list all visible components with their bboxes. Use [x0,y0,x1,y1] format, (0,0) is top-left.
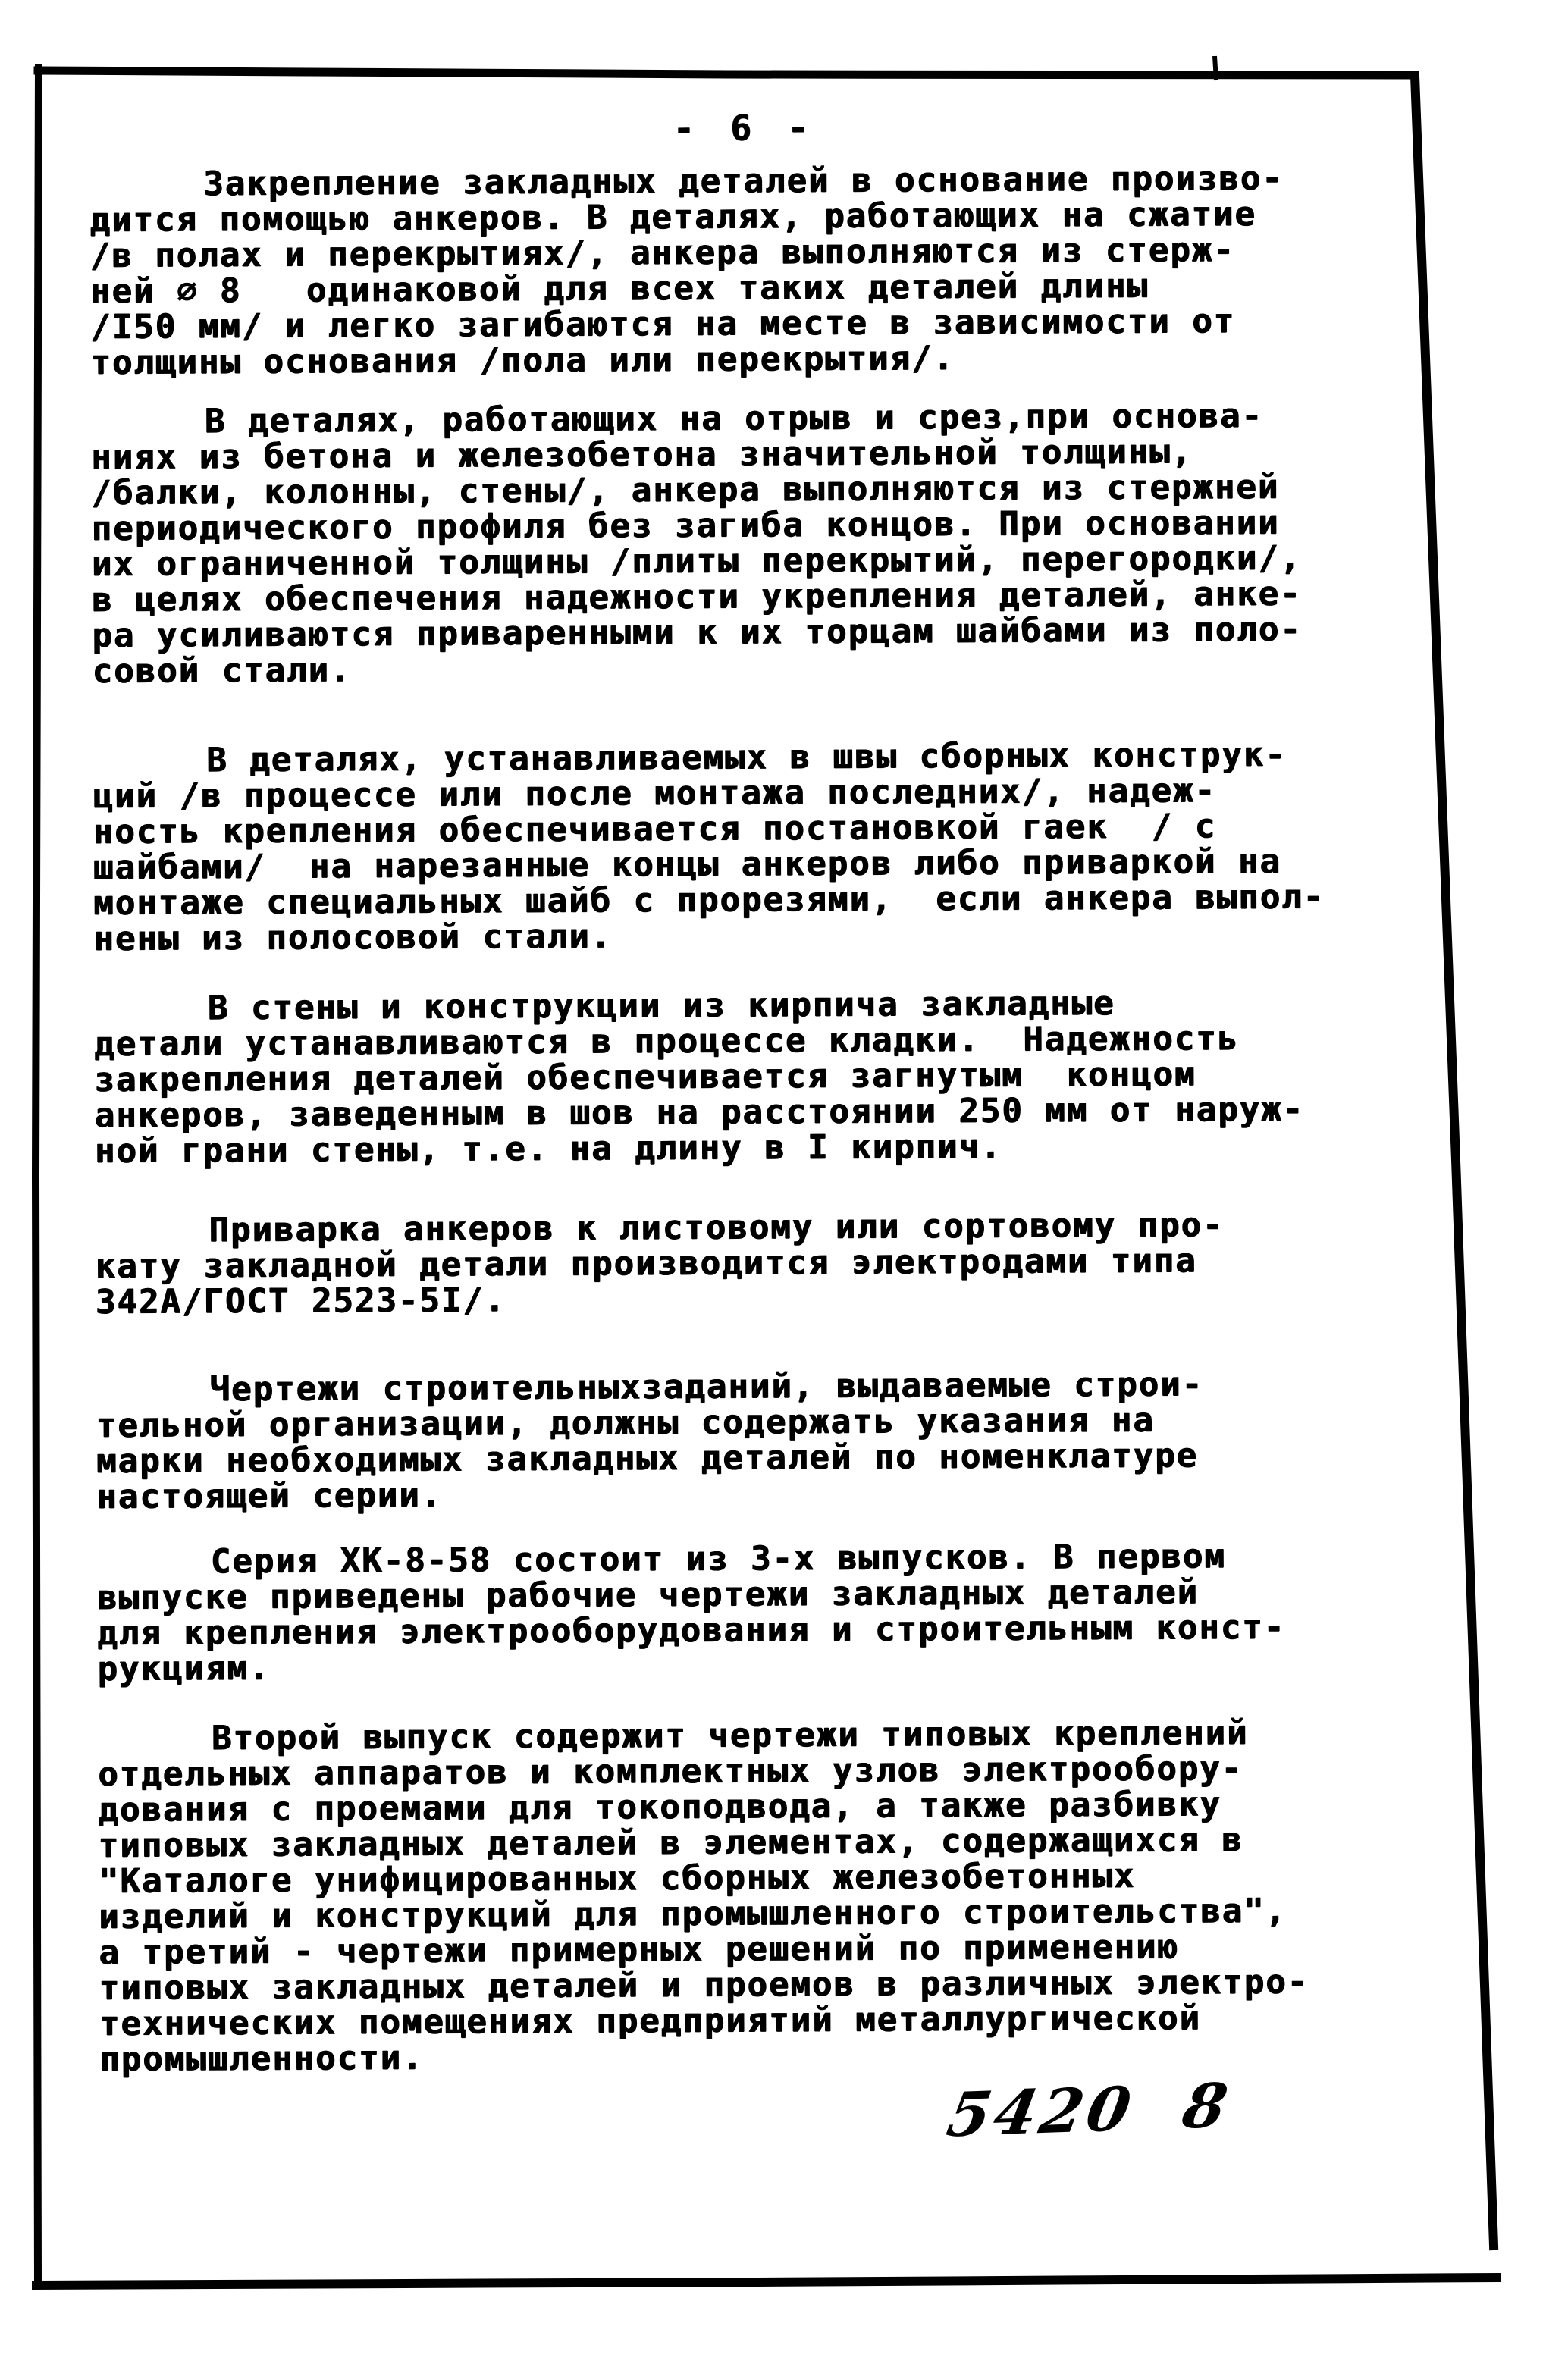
paragraph: Приварка анкеров к листовому или сортово… [96,1206,1385,1320]
paragraph: Серия ХК-8-58 состоит из 3-х выпусков. В… [97,1538,1387,1687]
border-top-line [38,71,1415,75]
border-bottom-line [36,2278,1496,2285]
document-text: - 6 - Закрепление закладных деталей в ос… [89,107,1389,2077]
handwritten-number: 5420 8 [942,2070,1236,2151]
paragraph: В стены и конструкции из кирпича закладн… [94,984,1384,1169]
paragraph: Чертежи строительныхзаданий, выдаваемые … [96,1365,1386,1515]
paragraphs: Закрепление закладных деталей в основани… [89,160,1388,2077]
border-right-line [1415,76,1494,2246]
paragraph: Второй выпуск содержит чертежи типовых к… [98,1714,1388,2077]
border-left-line [36,67,39,2284]
page-number: - 6 - [673,107,1378,146]
registration-tick [1215,56,1216,80]
paragraph: В деталях, устанавливаемых в швы сборных… [93,736,1382,957]
paragraph: Закрепление закладных деталей в основани… [89,160,1379,381]
paragraph: В деталях, работающих на отрыв и срез,пр… [91,397,1381,689]
